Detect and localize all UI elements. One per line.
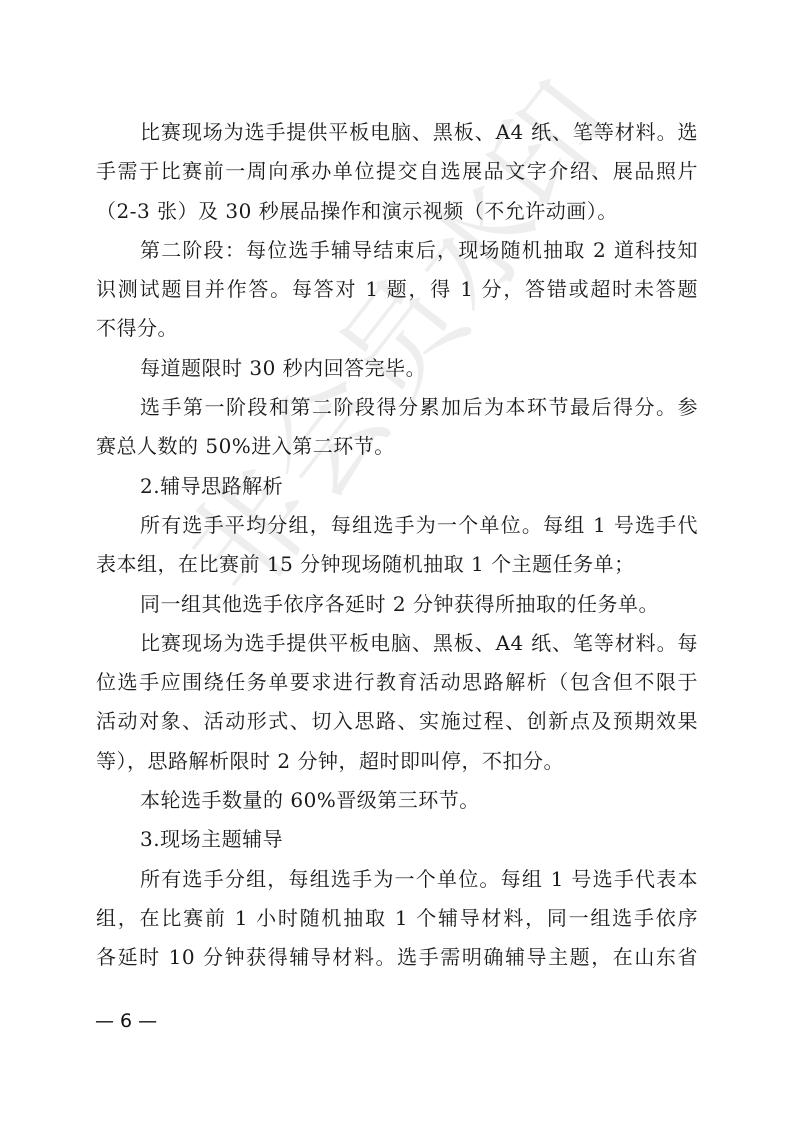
paragraph: 所有选手平均分组，每组选手为一个单位。每组 1 号选手代表本组，在比赛前 15 …: [96, 506, 698, 585]
paragraph: 第二阶段：每位选手辅导结束后，现场随机抽取 2 道科技知识测试题目并作答。每答对…: [96, 231, 698, 349]
section-heading: 3.现场主题辅导: [96, 820, 698, 859]
text-line: 3.现场主题辅导: [96, 820, 698, 859]
text-line: 位选手应围绕任务单要求进行教育活动思路解析（包含但不限于: [96, 663, 698, 702]
text-line: 组，在比赛前 1 小时随机抽取 1 个辅导材料，同一组选手依序: [96, 899, 698, 938]
text-line: 所有选手平均分组，每组选手为一个单位。每组 1 号选手代: [96, 506, 698, 545]
text-line: 同一组其他选手依序各延时 2 分钟获得所抽取的任务单。: [96, 585, 698, 624]
text-line: 活动对象、活动形式、切入思路、实施过程、创新点及预期效果: [96, 702, 698, 741]
text-line: 比赛现场为选手提供平板电脑、黑板、A4 纸、笔等材料。选: [96, 113, 698, 152]
text-line: 第二阶段：每位选手辅导结束后，现场随机抽取 2 道科技知: [96, 231, 698, 270]
text-line: 每道题限时 30 秒内回答完毕。: [96, 349, 698, 388]
paragraph: 每道题限时 30 秒内回答完毕。: [96, 349, 698, 388]
document-page: 非会员水印 比赛现场为选手提供平板电脑、黑板、A4 纸、笔等材料。选手需于比赛前…: [0, 0, 793, 1122]
paragraph: 比赛现场为选手提供平板电脑、黑板、A4 纸、笔等材料。选手需于比赛前一周向承办单…: [96, 113, 698, 231]
paragraph: 选手第一阶段和第二阶段得分累加后为本环节最后得分。参赛总人数的 50%进入第二环…: [96, 388, 698, 467]
text-line: 等），思路解析限时 2 分钟，超时即叫停，不扣分。: [96, 742, 698, 781]
text-line: （2-3 张）及 30 秒展品操作和演示视频（不允许动画）。: [96, 192, 698, 231]
body-text: 比赛现场为选手提供平板电脑、黑板、A4 纸、笔等材料。选手需于比赛前一周向承办单…: [96, 113, 698, 978]
text-line: 表本组，在比赛前 15 分钟现场随机抽取 1 个主题任务单；: [96, 545, 698, 584]
paragraph: 同一组其他选手依序各延时 2 分钟获得所抽取的任务单。: [96, 585, 698, 624]
text-line: 赛总人数的 50%进入第二环节。: [96, 427, 698, 466]
text-line: 各延时 10 分钟获得辅导材料。选手需明确辅导主题，在山东省: [96, 938, 698, 977]
text-line: 本轮选手数量的 60%晋级第三环节。: [96, 781, 698, 820]
text-line: 识测试题目并作答。每答对 1 题，得 1 分，答错或超时未答题: [96, 270, 698, 309]
section-heading: 2.辅导思路解析: [96, 467, 698, 506]
text-line: 选手第一阶段和第二阶段得分累加后为本环节最后得分。参: [96, 388, 698, 427]
paragraph: 比赛现场为选手提供平板电脑、黑板、A4 纸、笔等材料。每位选手应围绕任务单要求进…: [96, 624, 698, 781]
paragraph: 所有选手分组，每组选手为一个单位。每组 1 号选手代表本组，在比赛前 1 小时随…: [96, 860, 698, 978]
text-line: 所有选手分组，每组选手为一个单位。每组 1 号选手代表本: [96, 860, 698, 899]
paragraph: 本轮选手数量的 60%晋级第三环节。: [96, 781, 698, 820]
text-line: 不得分。: [96, 309, 698, 348]
text-line: 2.辅导思路解析: [96, 467, 698, 506]
page-number: — 6 —: [95, 1010, 157, 1032]
text-line: 比赛现场为选手提供平板电脑、黑板、A4 纸、笔等材料。每: [96, 624, 698, 663]
text-line: 手需于比赛前一周向承办单位提交自选展品文字介绍、展品照片: [96, 152, 698, 191]
